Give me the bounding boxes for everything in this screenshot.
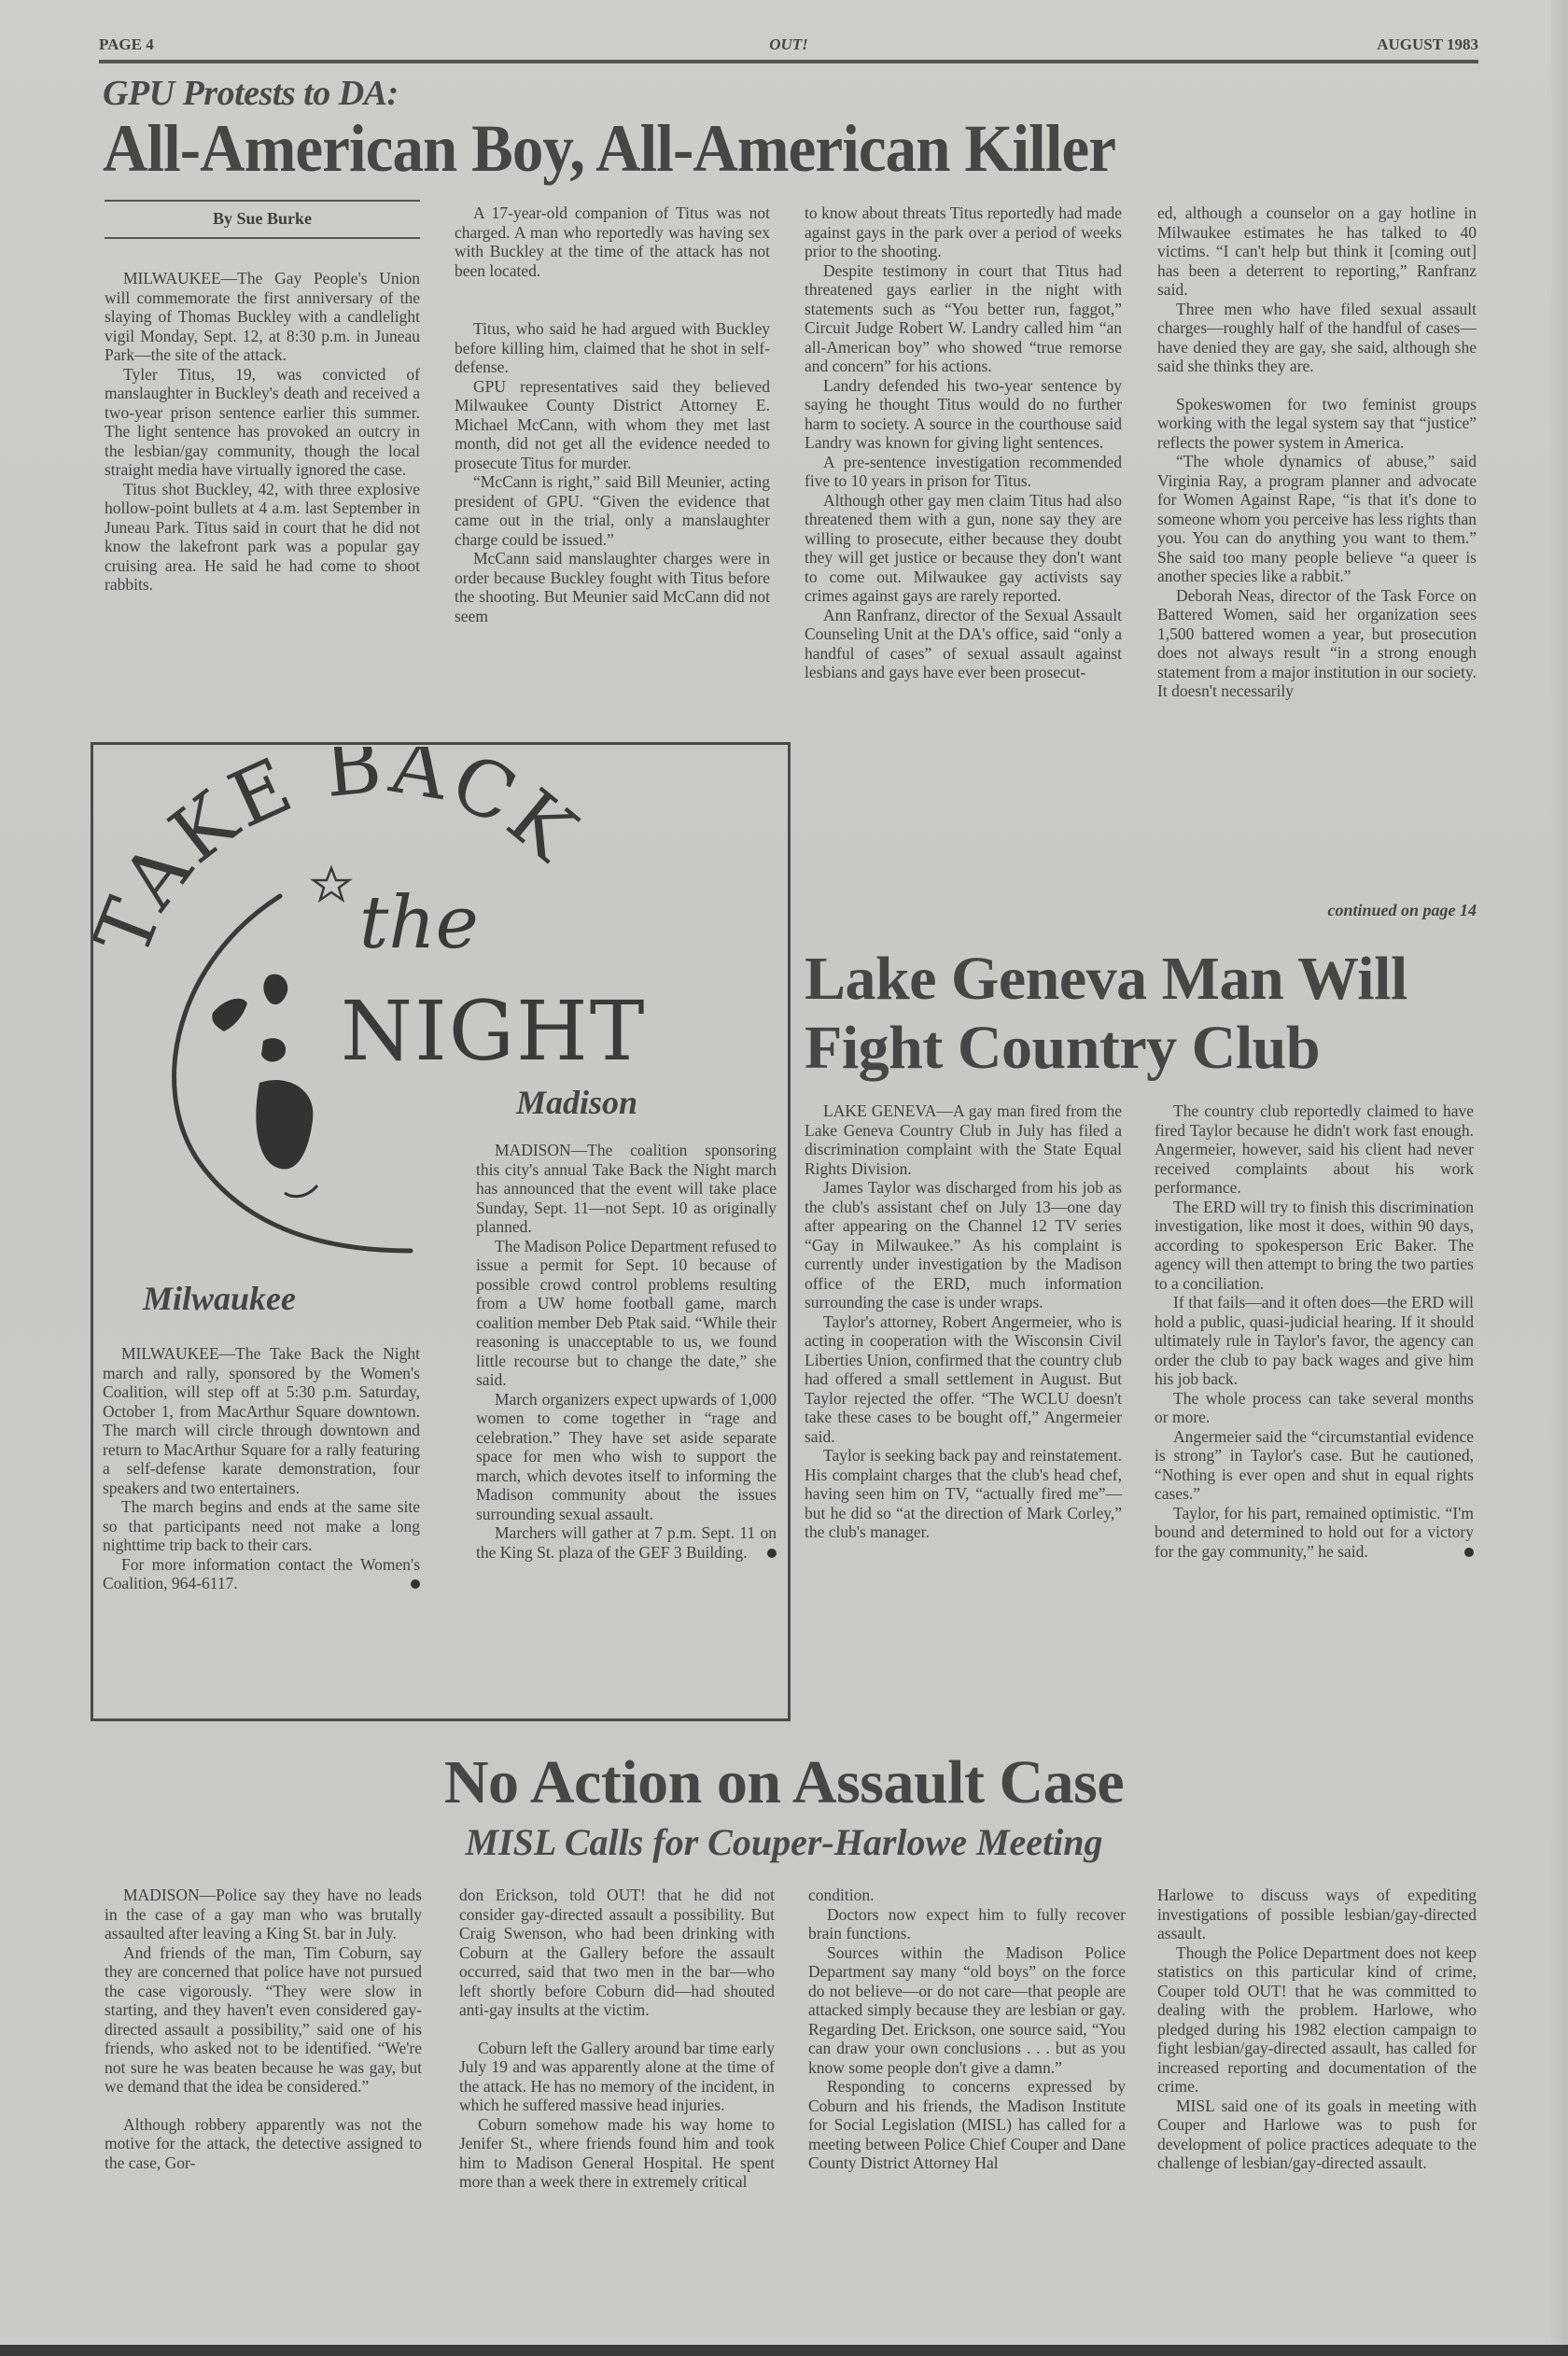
- story1-column-3: to know about threats Titus reportedly h…: [805, 203, 1122, 682]
- story3-headline: No Action on Assault Case: [0, 1747, 1568, 1818]
- paragraph: GPU representatives said they believed M…: [455, 377, 770, 473]
- paragraph: Tyler Titus, 19, was convicted of mansla…: [105, 365, 420, 480]
- the-lettering: the: [359, 881, 479, 965]
- moon-eye-icon: [263, 975, 287, 1004]
- paragraph: Although other gay men claim Titus had a…: [805, 491, 1122, 606]
- paragraph: The march begins and ends at the same si…: [103, 1497, 420, 1555]
- paragraph: LAKE GENEVA—A gay man fired from the Lak…: [805, 1101, 1122, 1178]
- page-bottom-edge: [0, 2345, 1568, 2356]
- paragraph: Deborah Neas, director of the Task Force…: [1157, 586, 1477, 701]
- story2-column-1: LAKE GENEVA—A gay man fired from the Lak…: [805, 1101, 1122, 1542]
- paragraph: Ann Ranfranz, director of the Sexual Ass…: [805, 606, 1122, 682]
- paragraph: MILWAUKEE—The Take Back the Night march …: [103, 1344, 420, 1497]
- paragraph: James Taylor was discharged from his job…: [805, 1178, 1122, 1312]
- newspaper-page: PAGE 4 OUT! AUGUST 1983 GPU Protests to …: [0, 0, 1568, 2356]
- paragraph: Harlowe to discuss ways of expediting in…: [1157, 1886, 1477, 1943]
- paragraph: And friends of the man, Tim Coburn, say …: [105, 1943, 422, 2097]
- paragraph: condition.: [808, 1886, 1126, 1905]
- paragraph: Taylor, for his part, remained optimisti…: [1155, 1504, 1474, 1562]
- paragraph: Sources within the Madison Police Depart…: [808, 1943, 1126, 2078]
- end-mark-icon: [411, 1579, 420, 1589]
- paragraph: to know about threats Titus reportedly h…: [805, 203, 1122, 261]
- paragraph: Coburn left the Gallery around bar time …: [459, 2039, 775, 2115]
- take-back-lettering: TAKE BACK: [93, 747, 595, 968]
- paragraph: The country club reportedly claimed to h…: [1155, 1101, 1474, 1198]
- paragraph: Marchers will gather at 7 p.m. Sept. 11 …: [476, 1523, 777, 1562]
- story3-column-3: condition. Doctors now expect him to ful…: [808, 1886, 1126, 2173]
- night-lettering: NIGHT: [341, 983, 647, 1079]
- paragraph: Taylor is seeking back pay and reinstate…: [805, 1446, 1122, 1542]
- issue-date: AUGUST 1983: [1377, 35, 1478, 54]
- madison-heading: Madison: [516, 1083, 637, 1122]
- continued-on-page-link[interactable]: continued on page 14: [1157, 901, 1477, 920]
- headline-line-2: Fight Country Club: [805, 1014, 1407, 1083]
- star-icon: [314, 868, 349, 900]
- paragraph: Doctors now expect him to fully recover …: [808, 1905, 1126, 1943]
- byline-rule-bottom: [105, 237, 420, 239]
- milwaukee-heading: Milwaukee: [143, 1279, 296, 1318]
- end-mark-icon: [767, 1549, 777, 1558]
- paragraph: The whole process can take several month…: [1155, 1389, 1474, 1427]
- story3-column-2: don Erickson, told OUT! that he did not …: [459, 1886, 775, 2192]
- paragraph: If that fails—and it often does—the ERD …: [1155, 1293, 1474, 1389]
- end-mark-icon: [1464, 1548, 1474, 1557]
- moon-nose-icon: [261, 1038, 286, 1061]
- story2-column-2: The country club reportedly claimed to h…: [1155, 1101, 1474, 1561]
- paragraph: Responding to concerns expressed by Cobu…: [808, 2077, 1126, 2173]
- paragraph: A pre-sentence investigation recommended…: [805, 453, 1122, 491]
- paragraph: MADISON—Police say they have no leads in…: [105, 1886, 422, 1943]
- paragraph: “The whole dynamics of abuse,” said Virg…: [1157, 452, 1477, 586]
- paragraph: Spokeswomen for two feminist groups work…: [1157, 395, 1477, 453]
- paragraph: Although robbery apparently was not the …: [105, 2115, 422, 2173]
- story1-kicker: GPU Protests to DA:: [103, 73, 399, 114]
- story1-headline: All-American Boy, All-American Killer: [103, 110, 1115, 188]
- story1-column-2: A 17-year-old companion of Titus was not…: [455, 203, 770, 625]
- paragraph: Though the Police Department does not ke…: [1157, 1943, 1477, 2097]
- story3-column-1: MADISON—Police say they have no leads in…: [105, 1886, 422, 2172]
- paragraph: McCann said manslaughter charges were in…: [455, 549, 770, 625]
- paragraph: ed, although a counselor on a gay hotlin…: [1157, 203, 1477, 300]
- paragraph: “McCann is right,” said Bill Meunier, ac…: [455, 472, 770, 549]
- story3-column-4: Harlowe to discuss ways of expediting in…: [1157, 1886, 1477, 2173]
- milwaukee-article: MILWAUKEE—The Take Back the Night march …: [103, 1344, 420, 1593]
- madison-article: MADISON—The coalition sponsoring this ci…: [476, 1141, 777, 1562]
- paragraph: MISL said one of its goals in meeting wi…: [1157, 2097, 1477, 2173]
- headline-line-1: Lake Geneva Man Will: [805, 945, 1407, 1014]
- paragraph: The Madison Police Department refused to…: [476, 1237, 777, 1390]
- story3-subheadline: MISL Calls for Couper-Harlowe Meeting: [0, 1820, 1568, 1864]
- paragraph: Three men who have filed sexual assault …: [1157, 300, 1477, 376]
- paragraph: Landry defended his two-year sentence by…: [805, 376, 1122, 453]
- story1-column-1: MILWAUKEE—The Gay People's Union will co…: [105, 269, 420, 595]
- masthead: PAGE 4 OUT! AUGUST 1983: [99, 35, 1478, 60]
- paragraph: Despite testimony in court that Titus ha…: [805, 261, 1122, 376]
- byline: By Sue Burke: [105, 202, 420, 237]
- paragraph: The ERD will try to finish this discrimi…: [1155, 1198, 1474, 1294]
- story2-headline: Lake Geneva Man Will Fight Country Club: [805, 945, 1407, 1083]
- paragraph: A 17-year-old companion of Titus was not…: [455, 203, 770, 280]
- moon-mouth-icon: [256, 1080, 313, 1170]
- paragraph: Taylor's attorney, Robert Angermeier, wh…: [805, 1312, 1122, 1447]
- paragraph: MADISON—The coalition sponsoring this ci…: [476, 1141, 777, 1237]
- paragraph: MILWAUKEE—The Gay People's Union will co…: [105, 269, 420, 365]
- paragraph: March organizers expect upwards of 1,000…: [476, 1390, 777, 1524]
- publication-name: OUT!: [99, 35, 1478, 54]
- paragraph: Titus, who said he had argued with Buckl…: [455, 319, 770, 377]
- page-edge-shadow: [1551, 0, 1568, 2345]
- story1-column-4: ed, although a counselor on a gay hotlin…: [1157, 203, 1477, 701]
- masthead-rule: [99, 60, 1478, 63]
- byline-box: By Sue Burke: [105, 200, 420, 239]
- paragraph: Angermeier said the “circumstantial evid…: [1155, 1427, 1474, 1504]
- paragraph: don Erickson, told OUT! that he did not …: [459, 1886, 775, 2020]
- paragraph: Coburn somehow made his way home to Jeni…: [459, 2115, 775, 2192]
- paragraph: For more information contact the Women's…: [103, 1555, 420, 1593]
- paragraph: Titus shot Buckley, 42, with three explo…: [105, 480, 420, 595]
- moon-eye-icon: [212, 999, 247, 1031]
